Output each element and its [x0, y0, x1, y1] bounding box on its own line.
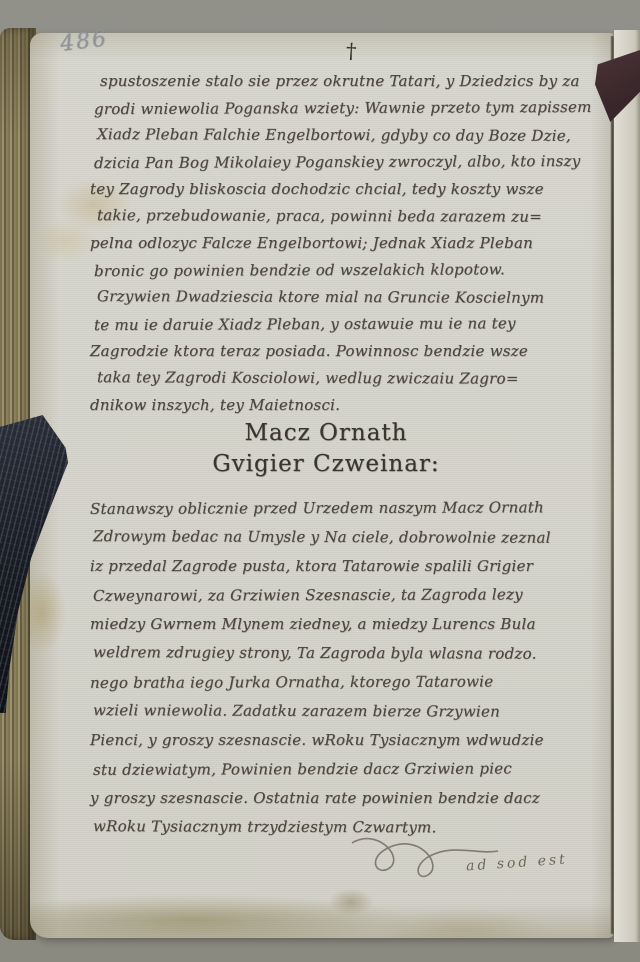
manuscript-line: Grzywien Dwadziescia ktore mial na Grunc… — [90, 283, 590, 312]
heading-name-2: Gvigier Czweinar: — [76, 449, 576, 480]
manuscript-line: iz przedal Zagrode pusta, ktora Tatarowi… — [90, 552, 590, 581]
cross-mark: † — [345, 39, 357, 64]
manuscript-line: tey Zagrody bliskoscia dochodzic chcial,… — [90, 176, 590, 203]
manuscript-line: nego bratha iego Jurka Ornatha, ktorego … — [90, 667, 590, 698]
manuscript-line: grodi wniewolia Poganska wziety: Wawnie … — [90, 94, 590, 123]
manuscript-line: Pienci, y groszy szesnascie. wRoku Tysia… — [90, 726, 590, 755]
manuscript-line: dnikow inszych, tey Maietnosci. — [90, 392, 590, 419]
manuscript-line: miedzy Gwrnem Mlynem ziedney, a miedzy L… — [90, 610, 590, 639]
heading-name-1: Macz Ornath — [76, 418, 576, 449]
manuscript-line: bronic go powinien bendzie od wszelakich… — [90, 256, 590, 285]
manuscript-line: taka tey Zagrodi Kosciolowi, wedlug zwic… — [90, 364, 590, 393]
manuscript-line: weldrem zdrugiey strony, Ta Zagroda byla… — [90, 638, 590, 669]
manuscript-text-block: spustoszenie stalo sie przez okrutne Tat… — [90, 68, 590, 842]
page-number: 486 — [59, 26, 110, 57]
manuscript-line: Czweynarowi, za Grziwien Szesnascie, ta … — [90, 580, 590, 611]
manuscript-line: y groszy szesnascie. Ostatnia rate powin… — [90, 784, 590, 813]
manuscript-line: spustoszenie stalo sie przez okrutne Tat… — [90, 68, 590, 95]
manuscript-line: dzicia Pan Bog Mikolaiey Poganskiey zwro… — [90, 148, 590, 177]
manuscript-line: takie, przebudowanie, praca, powinni bed… — [90, 202, 590, 231]
manuscript-line: te mu ie daruie Xiadz Pleban, y ostawuie… — [90, 310, 590, 339]
manuscript-line: Zdrowym bedac na Umysle y Na ciele, dobr… — [90, 522, 590, 553]
manuscript-page: 486 † spustoszenie stalo sie przez okrut… — [30, 33, 614, 938]
ink-flourish: ad sod est — [348, 825, 568, 887]
manuscript-line: Xiadz Pleban Falchie Engelbortowi, gdyby… — [90, 121, 590, 150]
next-page-sliver — [614, 30, 640, 942]
manuscript-line: Stanawszy oblicznie przed Urzedem naszym… — [90, 493, 590, 524]
manuscript-line: Zagrodzie ktora teraz posiada. Powinnosc… — [90, 338, 590, 365]
entry-heading: Macz Ornath Gvigier Czweinar: — [76, 418, 576, 480]
paragraph-2: Stanawszy oblicznie przed Urzedem naszym… — [90, 494, 590, 842]
paragraph-1: spustoszenie stalo sie przez okrutne Tat… — [90, 68, 590, 419]
manuscript-line: wzieli wniewolia. Zadatku zarazem bierze… — [90, 696, 590, 727]
manuscript-line: stu dziewiatym, Powinien bendzie dacz Gr… — [90, 754, 590, 785]
manuscript-line: pelna odlozyc Falcze Engelbortowi; Jedna… — [90, 230, 590, 257]
